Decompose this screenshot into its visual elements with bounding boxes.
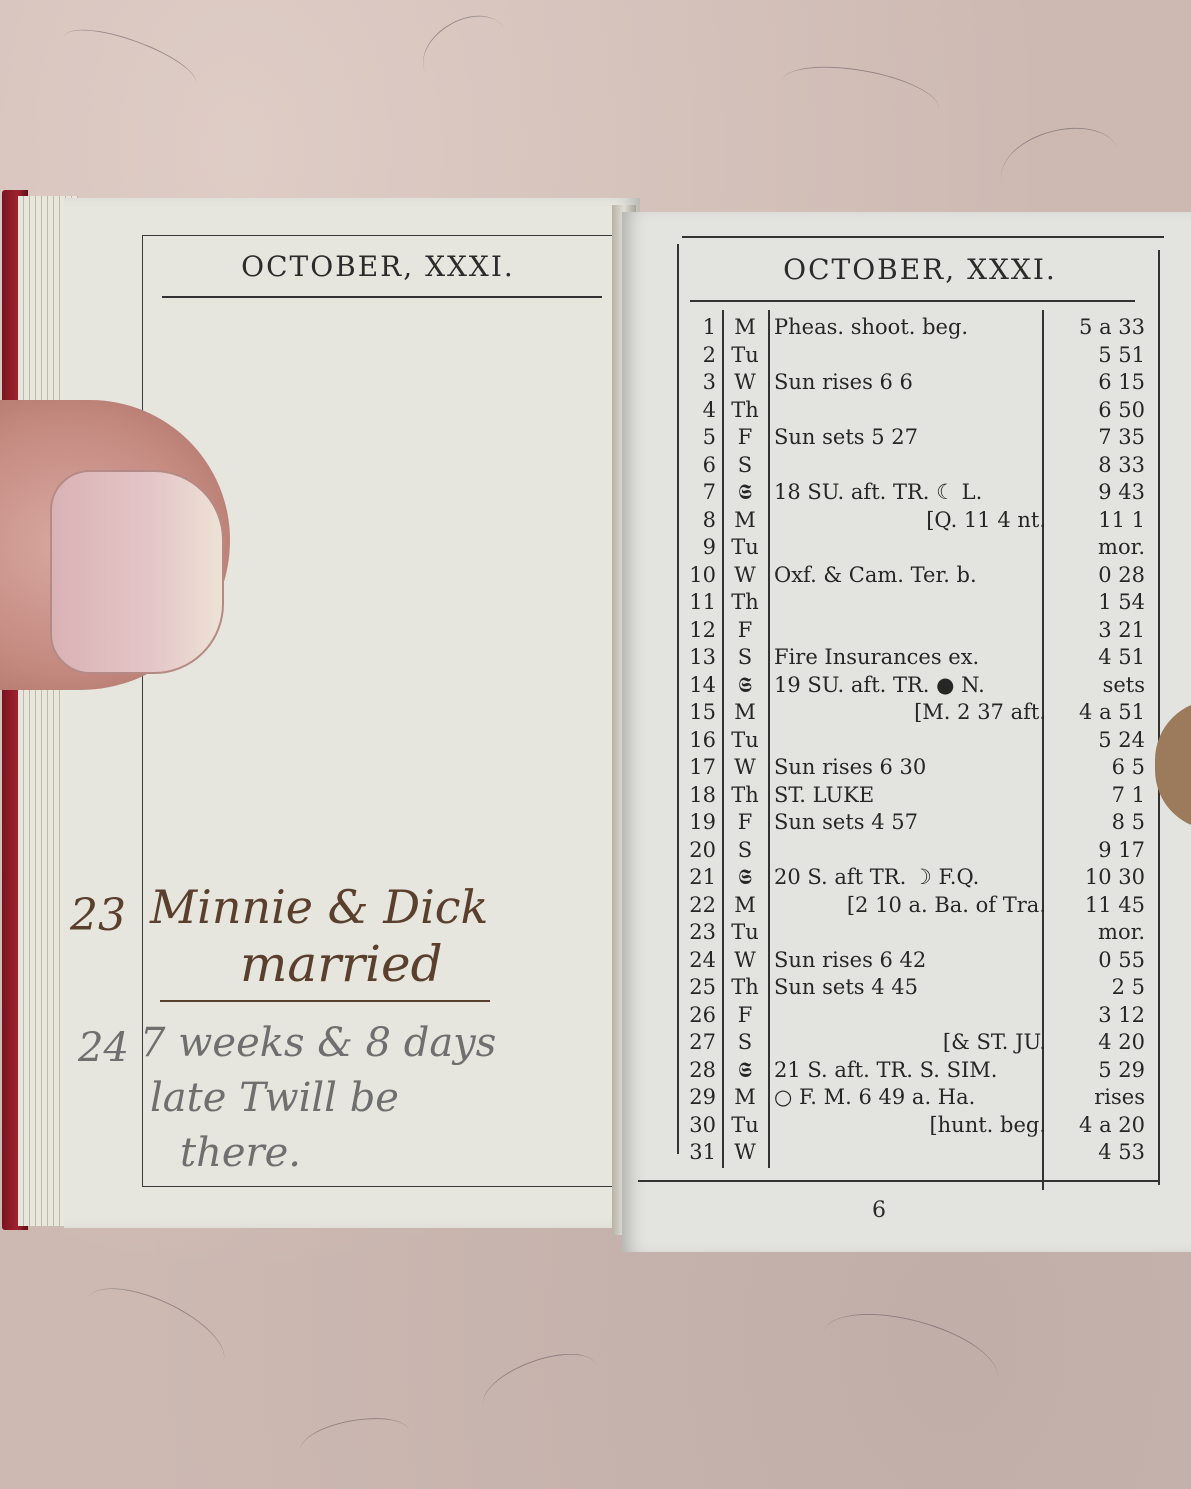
note-line: Minnie & Dick <box>150 880 488 934</box>
right-bottom-rule <box>638 1180 1160 1182</box>
day-number: 10 <box>680 562 716 589</box>
paper-fiber <box>814 1298 1006 1413</box>
day-number: 29 <box>680 1084 716 1111</box>
table-row: 11Th1 54 <box>680 589 1150 616</box>
day-number: 3 <box>680 369 716 396</box>
day-number: 31 <box>680 1139 716 1166</box>
weekday: W <box>725 947 765 974</box>
moon-time: 0 55 <box>1055 947 1145 974</box>
moon-time: 3 21 <box>1055 617 1145 644</box>
left-title-rule <box>162 296 602 298</box>
note-day-23: 23 <box>70 890 126 941</box>
moon-time: rises <box>1055 1084 1145 1111</box>
event: [hunt. beg. <box>774 1112 1046 1139</box>
weekday: Tu <box>725 342 765 369</box>
table-row: 10WOxf. & Cam. Ter. b.0 28 <box>680 562 1150 589</box>
event: [2 10 a. Ba. of Tra. <box>774 892 1046 919</box>
table-row: 8M[Q. 11 4 nt.11 1 <box>680 507 1150 534</box>
event: [& ST. JU. <box>774 1029 1046 1056</box>
moon-time: 11 45 <box>1055 892 1145 919</box>
weekday: Th <box>725 397 765 424</box>
note-line: married <box>240 935 443 993</box>
table-row: 12F3 21 <box>680 617 1150 644</box>
moon-time: 4 20 <box>1055 1029 1145 1056</box>
event: Sun sets 4 45 <box>774 974 1046 1001</box>
day-number: 28 <box>680 1057 716 1084</box>
moon-time: 9 17 <box>1055 837 1145 864</box>
right-top-rule <box>682 236 1164 238</box>
note-line: there. <box>180 1130 301 1176</box>
moon-time: 7 1 <box>1055 782 1145 809</box>
moon-time: 6 15 <box>1055 369 1145 396</box>
weekday: M <box>725 892 765 919</box>
day-number: 4 <box>680 397 716 424</box>
event: [M. 2 37 aft. <box>774 699 1046 726</box>
weekday: Tu <box>725 1112 765 1139</box>
day-number: 9 <box>680 534 716 561</box>
note-day-24: 24 <box>78 1025 129 1071</box>
table-row: 13SFire Insurances ex.4 51 <box>680 644 1150 671</box>
moon-time: 5 a 33 <box>1055 314 1145 341</box>
event: Sun rises 6 6 <box>774 369 1046 396</box>
event: Sun rises 6 42 <box>774 947 1046 974</box>
day-number: 21 <box>680 864 716 891</box>
event: ST. LUKE <box>774 782 1046 809</box>
weekday: S <box>725 837 765 864</box>
day-number: 1 <box>680 314 716 341</box>
weekday: Th <box>725 589 765 616</box>
moon-time: mor. <box>1055 919 1145 946</box>
paper-fiber <box>777 56 943 134</box>
moon-time: 3 12 <box>1055 1002 1145 1029</box>
day-number: 26 <box>680 1002 716 1029</box>
weekday: M <box>725 1084 765 1111</box>
event: 21 S. aft. TR. S. SIM. <box>774 1057 1046 1084</box>
day-number: 24 <box>680 947 716 974</box>
table-row: 27S[& ST. JU.4 20 <box>680 1029 1150 1056</box>
event: [Q. 11 4 nt. <box>774 507 1046 534</box>
day-number: 8 <box>680 507 716 534</box>
moon-time: 4 a 20 <box>1055 1112 1145 1139</box>
moon-time: 6 50 <box>1055 397 1145 424</box>
table-row: 21𝕾20 S. aft TR. ☽ F.Q.10 30 <box>680 864 1150 891</box>
paper-fiber <box>74 1271 236 1390</box>
event: Oxf. & Cam. Ter. b. <box>774 562 1046 589</box>
event: Sun rises 6 30 <box>774 754 1046 781</box>
moon-time: 4 a 51 <box>1055 699 1145 726</box>
event: 19 SU. aft. TR. ● N. <box>774 672 1046 699</box>
weekday: W <box>725 562 765 589</box>
note-line: 7 weeks & 8 days <box>140 1020 496 1066</box>
moon-time: 8 5 <box>1055 809 1145 836</box>
day-number: 18 <box>680 782 716 809</box>
event: Fire Insurances ex. <box>774 644 1046 671</box>
weekday: W <box>725 754 765 781</box>
moon-time: 8 33 <box>1055 452 1145 479</box>
day-number: 2 <box>680 342 716 369</box>
moon-time: 5 51 <box>1055 342 1145 369</box>
moon-time: 5 24 <box>1055 727 1145 754</box>
table-row: 4Th6 50 <box>680 397 1150 424</box>
day-number: 23 <box>680 919 716 946</box>
moon-time: 5 29 <box>1055 1057 1145 1084</box>
day-number: 22 <box>680 892 716 919</box>
day-number: 12 <box>680 617 716 644</box>
table-row: 17WSun rises 6 306 5 <box>680 754 1150 781</box>
table-row: 7𝕾18 SU. aft. TR. ☾ L.9 43 <box>680 479 1150 506</box>
weekday: F <box>725 617 765 644</box>
weekday: 𝕾 <box>725 479 765 506</box>
note-line: late Twill be <box>150 1075 399 1121</box>
table-row: 14𝕾19 SU. aft. TR. ● N.sets <box>680 672 1150 699</box>
day-number: 19 <box>680 809 716 836</box>
table-row: 22M[2 10 a. Ba. of Tra.11 45 <box>680 892 1150 919</box>
table-row: 19FSun sets 4 578 5 <box>680 809 1150 836</box>
table-row: 9Tumor. <box>680 534 1150 561</box>
weekday: Th <box>725 974 765 1001</box>
moon-time: 0 28 <box>1055 562 1145 589</box>
moon-time: 4 53 <box>1055 1139 1145 1166</box>
weekday: 𝕾 <box>725 1057 765 1084</box>
day-number: 15 <box>680 699 716 726</box>
table-row: 18ThST. LUKE7 1 <box>680 782 1150 809</box>
moon-time: 9 43 <box>1055 479 1145 506</box>
table-row: 24WSun rises 6 420 55 <box>680 947 1150 974</box>
page-number: 6 <box>872 1198 886 1223</box>
table-row: 30Tu[hunt. beg.4 a 20 <box>680 1112 1150 1139</box>
weekday: F <box>725 809 765 836</box>
paper-fiber <box>297 1411 412 1470</box>
weekday: Tu <box>725 534 765 561</box>
weekday: M <box>725 507 765 534</box>
moon-time: 6 5 <box>1055 754 1145 781</box>
note-underline <box>160 1000 490 1002</box>
weekday: W <box>725 369 765 396</box>
weekday: S <box>725 644 765 671</box>
moon-time: mor. <box>1055 534 1145 561</box>
moon-time: 10 30 <box>1055 864 1145 891</box>
weekday: S <box>725 452 765 479</box>
paper-fiber <box>475 1341 605 1430</box>
moon-time: sets <box>1055 672 1145 699</box>
moon-time: 7 35 <box>1055 424 1145 451</box>
weekday: Tu <box>725 919 765 946</box>
weekday: M <box>725 699 765 726</box>
day-number: 27 <box>680 1029 716 1056</box>
weekday: W <box>725 1139 765 1166</box>
weekday: 𝕾 <box>725 864 765 891</box>
table-row: 25ThSun sets 4 452 5 <box>680 974 1150 1001</box>
event: 20 S. aft TR. ☽ F.Q. <box>774 864 1046 891</box>
table-row: 28𝕾21 S. aft. TR. S. SIM.5 29 <box>680 1057 1150 1084</box>
moon-time: 1 54 <box>1055 589 1145 616</box>
day-number: 25 <box>680 974 716 1001</box>
weekday: S <box>725 1029 765 1056</box>
day-number: 11 <box>680 589 716 616</box>
weekday: Th <box>725 782 765 809</box>
table-row: 3WSun rises 6 66 15 <box>680 369 1150 396</box>
table-row: 16Tu5 24 <box>680 727 1150 754</box>
weekday: F <box>725 1002 765 1029</box>
day-number: 7 <box>680 479 716 506</box>
day-number: 30 <box>680 1112 716 1139</box>
table-row: 15M[M. 2 37 aft.4 a 51 <box>680 699 1150 726</box>
table-row: 20S9 17 <box>680 837 1150 864</box>
thumbnail <box>50 470 224 674</box>
event: Sun sets 5 27 <box>774 424 1046 451</box>
day-number: 17 <box>680 754 716 781</box>
day-number: 14 <box>680 672 716 699</box>
right-frame-left <box>677 244 679 1154</box>
event: Sun sets 4 57 <box>774 809 1046 836</box>
day-number: 20 <box>680 837 716 864</box>
table-row: 23Tumor. <box>680 919 1150 946</box>
moon-time: 11 1 <box>1055 507 1145 534</box>
weekday: 𝕾 <box>725 672 765 699</box>
event: Pheas. shoot. beg. <box>774 314 1046 341</box>
day-number: 16 <box>680 727 716 754</box>
left-page-title: OCTOBER, XXXI. <box>142 250 614 283</box>
table-row: 1MPheas. shoot. beg.5 a 33 <box>680 314 1150 341</box>
table-row: 29M○ F. M. 6 49 a. Ha.rises <box>680 1084 1150 1111</box>
weekday: Tu <box>725 727 765 754</box>
table-row: 6S8 33 <box>680 452 1150 479</box>
moon-time: 2 5 <box>1055 974 1145 1001</box>
table-row: 26F3 12 <box>680 1002 1150 1029</box>
paper-fiber <box>993 116 1127 216</box>
table-row: 31W4 53 <box>680 1139 1150 1166</box>
right-frame-right <box>1158 250 1160 1185</box>
table-row: 5FSun sets 5 277 35 <box>680 424 1150 451</box>
table-row: 2Tu5 51 <box>680 342 1150 369</box>
right-title-rule <box>690 300 1135 302</box>
event: ○ F. M. 6 49 a. Ha. <box>774 1084 1046 1111</box>
paper-fiber <box>411 2 519 100</box>
day-number: 6 <box>680 452 716 479</box>
weekday: M <box>725 314 765 341</box>
day-number: 13 <box>680 644 716 671</box>
weekday: F <box>725 424 765 451</box>
moon-time: 4 51 <box>1055 644 1145 671</box>
event: 18 SU. aft. TR. ☾ L. <box>774 479 1046 506</box>
day-number: 5 <box>680 424 716 451</box>
right-page-title: OCTOBER, XXXI. <box>682 253 1158 286</box>
paper-fiber <box>57 17 203 103</box>
